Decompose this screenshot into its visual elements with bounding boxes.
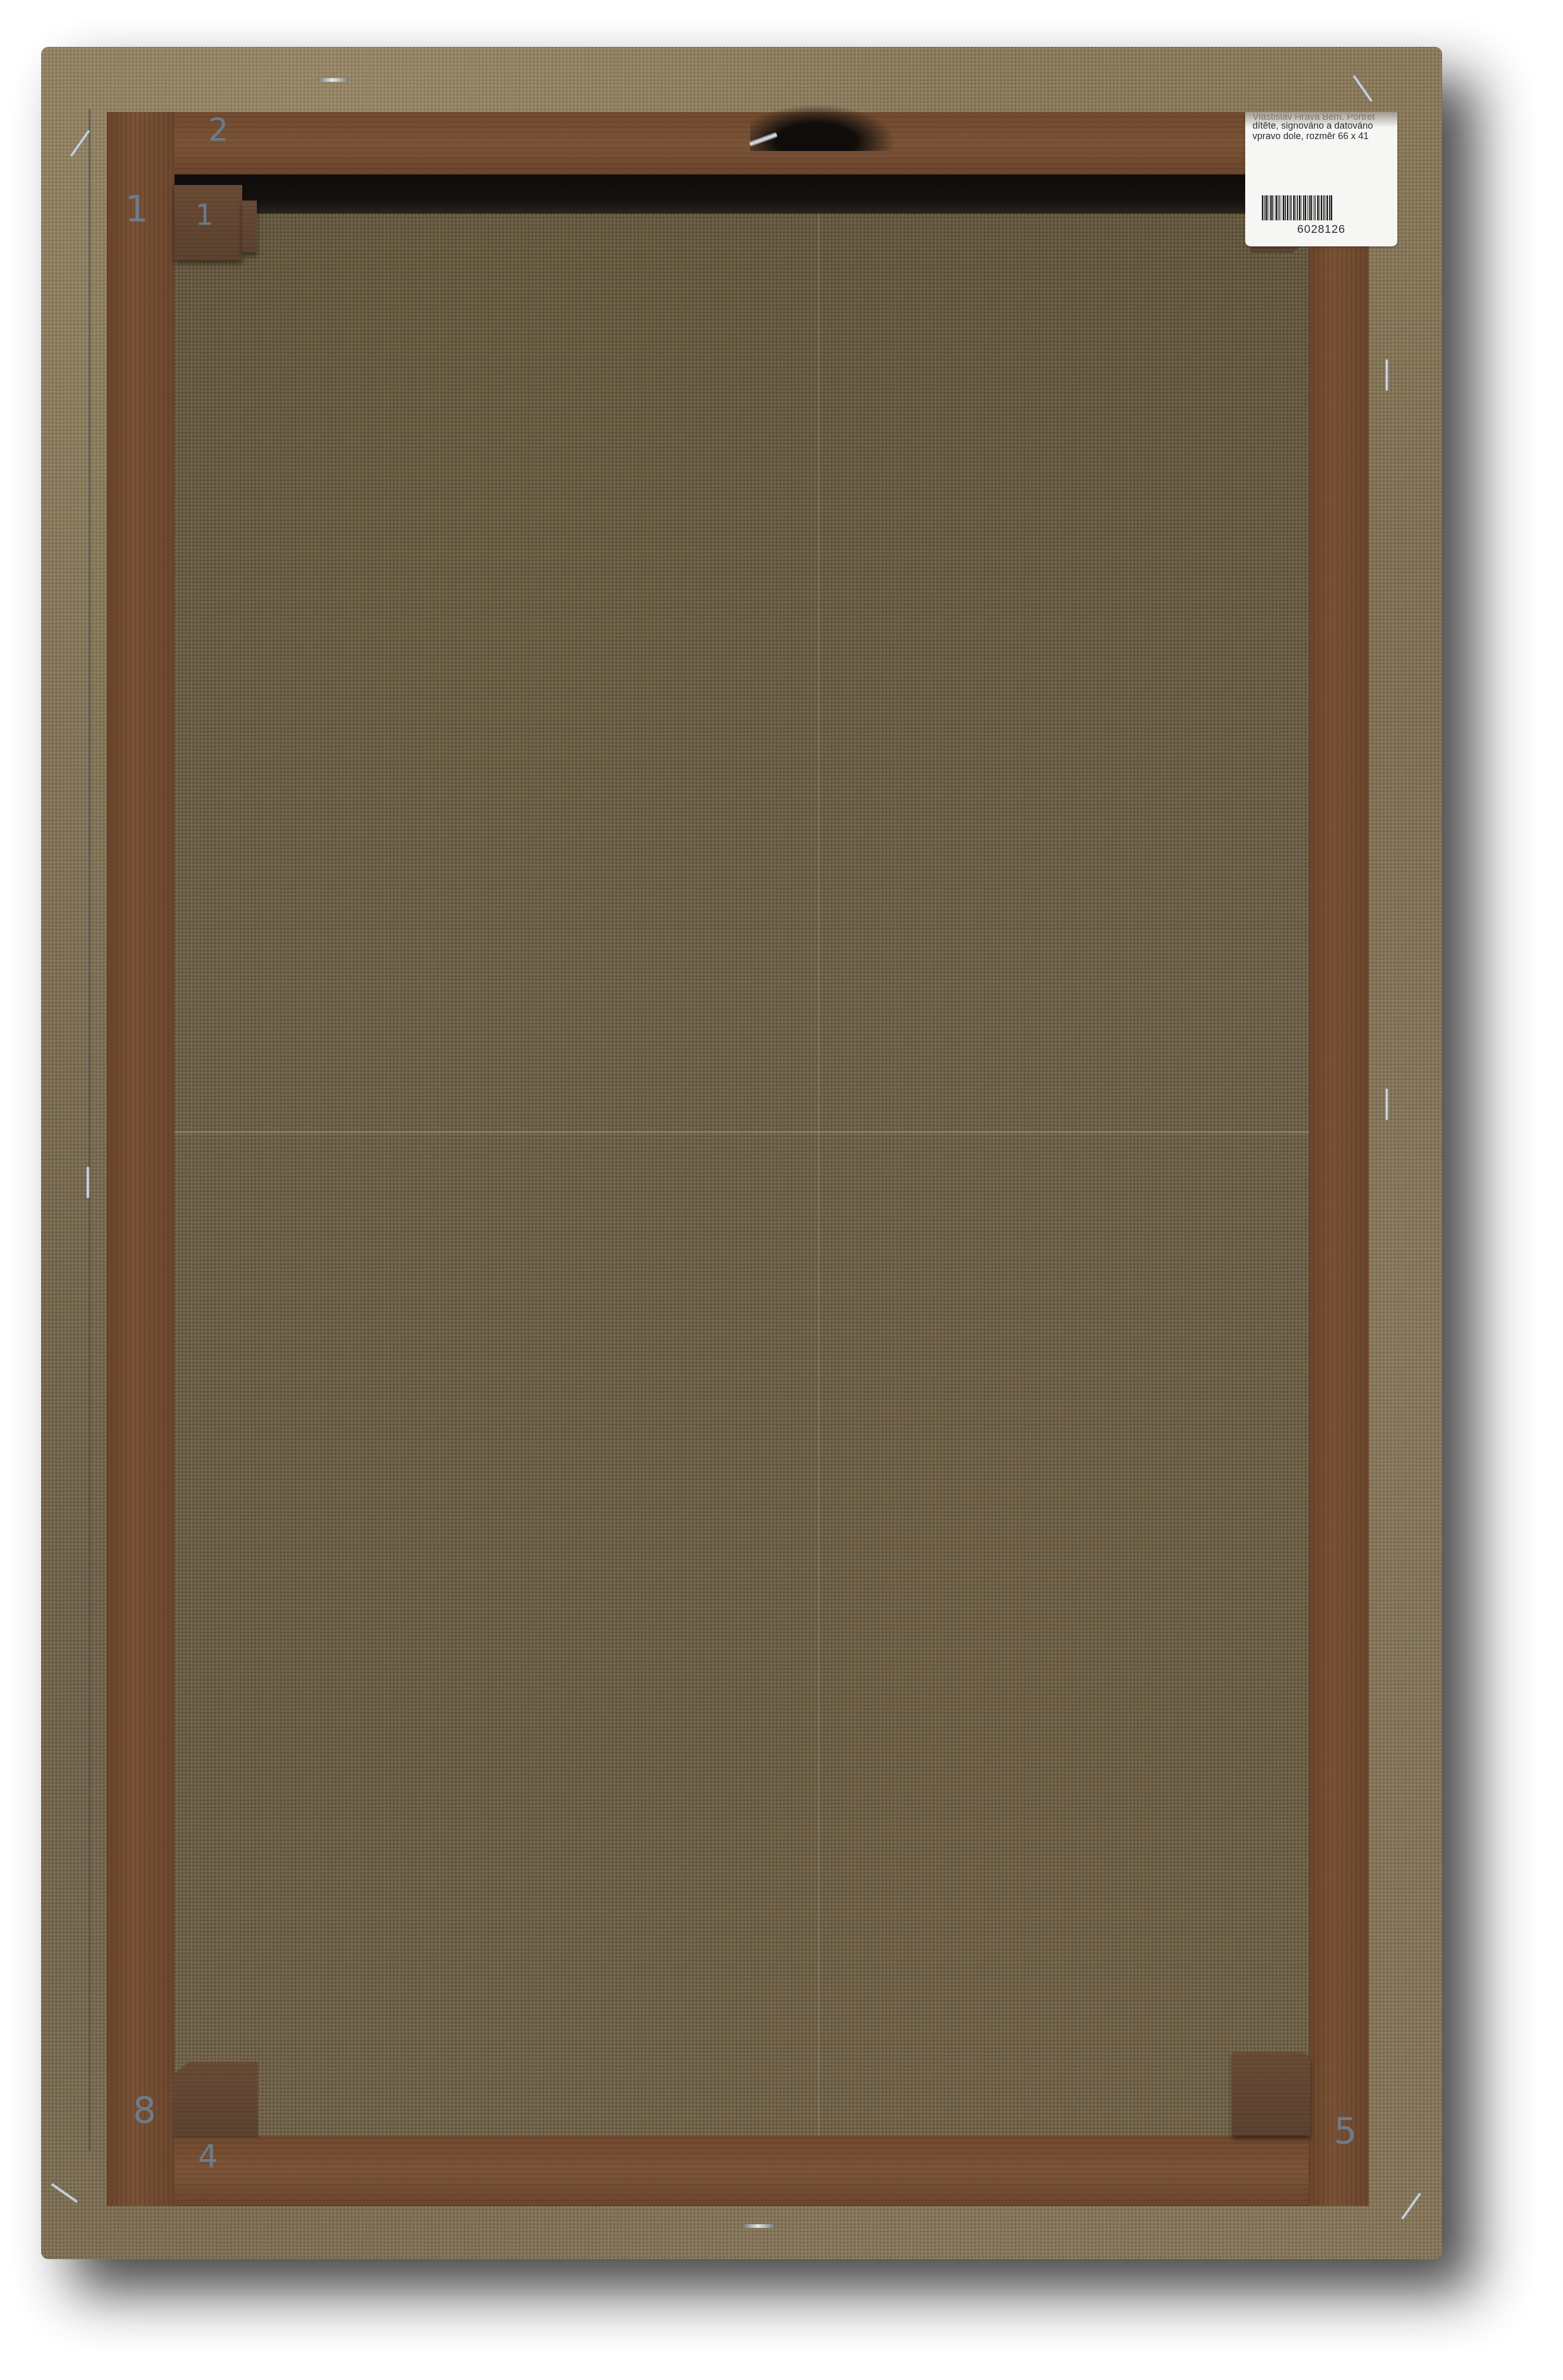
stretcher-bar-right: [1309, 112, 1369, 2206]
horizontal-fold-line: [175, 1131, 1309, 1133]
pencil-mark: 4: [198, 2138, 218, 2175]
vertical-fold-line: [818, 214, 820, 2136]
barcode-number: 6028126: [1245, 222, 1397, 236]
pencil-guide-line: [89, 109, 91, 2151]
pencil-mark: 1: [195, 198, 214, 231]
tack-icon: [86, 1167, 90, 1198]
artwork-photo: 1 1 2 8 4 5 Vlastislav Hrava Bém, Portré…: [0, 0, 1563, 2380]
pencil-mark: 5: [1334, 2110, 1357, 2152]
tack-icon: [1385, 1089, 1388, 1120]
pencil-mark: 2: [208, 112, 228, 148]
inventory-label: Vlastislav Hrava Bém, Portrét dítěte, si…: [1245, 112, 1397, 246]
stretcher-bar-left: [107, 112, 175, 2206]
tack-icon: [317, 78, 348, 82]
inner-canvas-reverse: [175, 214, 1309, 2136]
stretcher-bar-bottom: [107, 2136, 1368, 2206]
label-line-3: vpravo dole, rozměr 66 x 41: [1252, 131, 1392, 141]
stretcher-bar-top: [107, 112, 1368, 175]
top-bar-gap-shadow: [175, 172, 1309, 214]
tack-icon: [1385, 359, 1388, 391]
tack-icon: [742, 2224, 774, 2228]
wood-split-crack: [750, 104, 896, 151]
corner-key-top-left-wedge: [242, 201, 257, 253]
pencil-mark: 8: [133, 2089, 156, 2132]
pencil-mark: 1: [125, 188, 148, 230]
corner-key-bottom-right: [1232, 2052, 1310, 2136]
corner-key-bottom-left: [172, 2062, 258, 2137]
label-overlap-shadow: [1245, 112, 1397, 128]
barcode-icon: [1262, 195, 1340, 220]
